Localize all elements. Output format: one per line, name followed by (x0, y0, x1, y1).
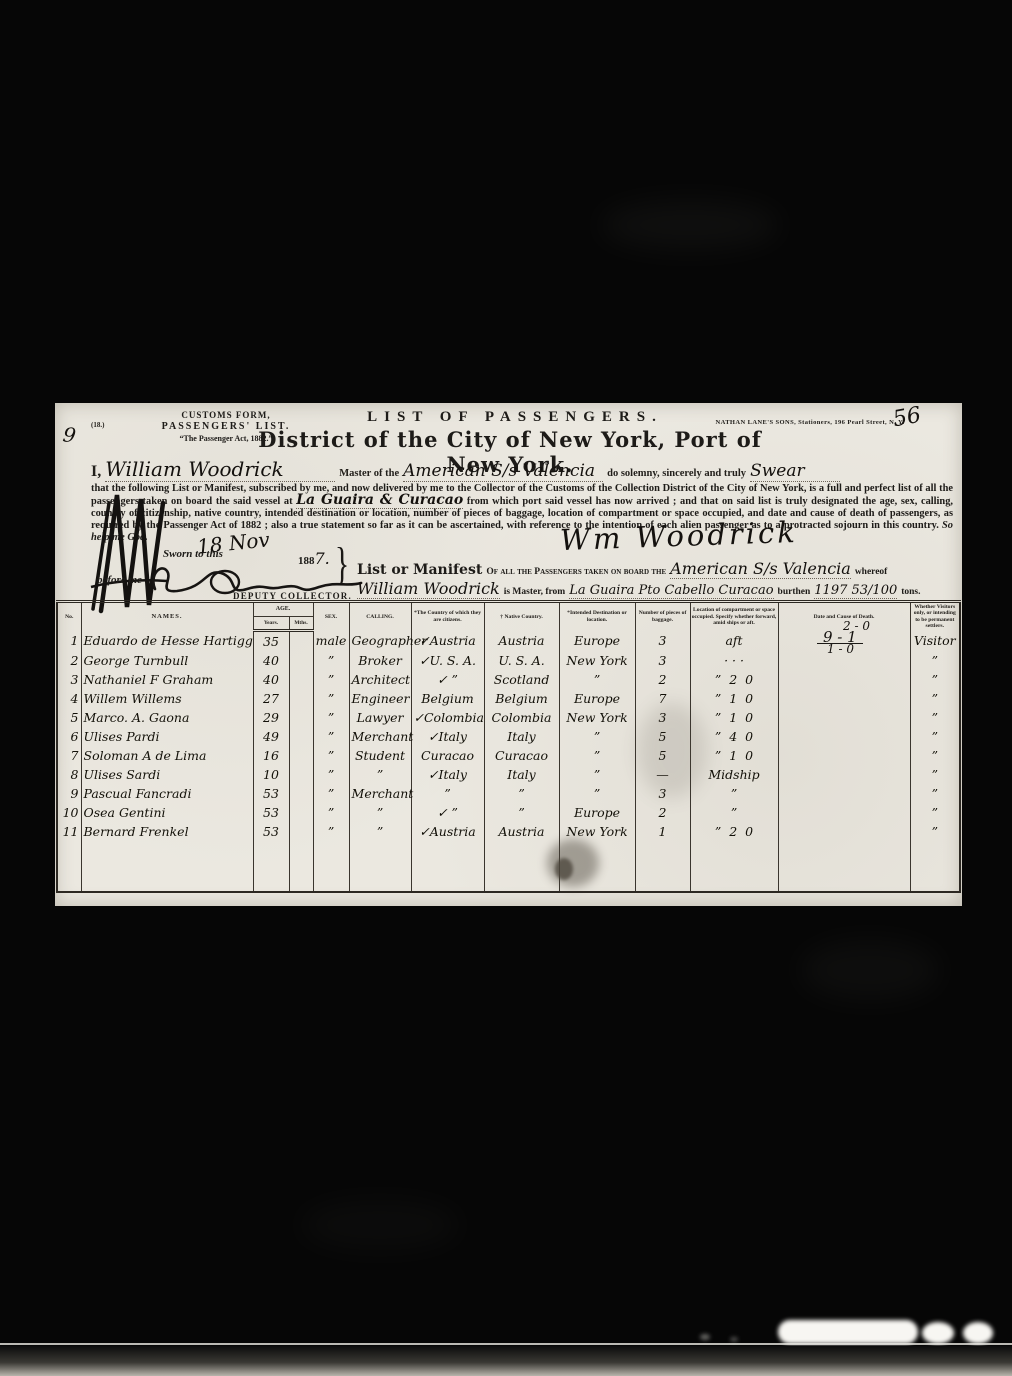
cell-no: 2 (57, 651, 81, 670)
cell-compartment: ” (690, 784, 778, 803)
cell-name: Willem Willems (81, 689, 253, 708)
table-row: 9Pascual Fancradi53”Merchant”””3”” (57, 784, 960, 803)
cell-calling: Broker (349, 651, 411, 670)
table-row: 11Bernard Frenkel53””✓AustriaAustriaNew … (57, 822, 960, 841)
cell-compartment: ” 1 0 (690, 708, 778, 727)
burthen-label: burthen (778, 587, 811, 597)
cell-citizen: Curacao (411, 746, 484, 765)
header-sex: SEX. (313, 602, 349, 631)
cell-years: 27 (253, 689, 289, 708)
cell-destination: Europe (559, 631, 635, 652)
header-age-years: Years. (253, 617, 289, 631)
cell-mths (289, 708, 313, 727)
table-row: 10Osea Gentini53””✓ ””Europe2”” (57, 803, 960, 822)
cell-years: 53 (253, 784, 289, 803)
header-baggage: Number of pieces of baggage. (635, 602, 690, 631)
cell-citizen: ✓Colombia (411, 708, 484, 727)
cell-no: 7 (57, 746, 81, 765)
cell-baggage: 5 (635, 727, 690, 746)
cell-no: 3 (57, 670, 81, 689)
cell-sex: ” (313, 651, 349, 670)
film-noise (800, 940, 940, 1000)
film-edge-strip (0, 1346, 1012, 1376)
customs-form-line: CUSTOMS FORM, (121, 410, 331, 421)
ports-of-departure-handwritten: La Guaira & Curacao (296, 492, 463, 509)
tonnage-handwritten: 1197 53/100 (814, 583, 897, 599)
is-master-from-label: is Master, from (504, 587, 565, 597)
cell-sex: ” (313, 670, 349, 689)
year-handwritten: 7. (315, 549, 330, 568)
film-noise (600, 200, 780, 250)
stationer-imprint: NATHAN LANE'S SONS, Stationers, 196 Pear… (700, 419, 920, 426)
manifest-master-line: William Woodrick is Master, from La Guai… (357, 579, 921, 599)
cell-visitor: ” (910, 746, 960, 765)
cell-baggage: 7 (635, 689, 690, 708)
manifest-master-handwritten: William Woodrick (357, 579, 500, 599)
light-leak-blob (963, 1322, 993, 1344)
cell-compartment: aft (690, 631, 778, 652)
cell-sex: ” (313, 784, 349, 803)
cell-death (778, 822, 910, 841)
swear-lead-label: do solemny, sincerely and truly (607, 468, 746, 479)
cell-death (778, 803, 910, 822)
oath-lead-in: I, (91, 463, 101, 480)
cell-citizen: ✓U. S. A. (411, 651, 484, 670)
cell-native: ” (484, 784, 559, 803)
cell-calling: Merchant (349, 727, 411, 746)
cell-native: Italy (484, 727, 559, 746)
cell-no: 6 (57, 727, 81, 746)
cell-mths (289, 746, 313, 765)
cell-name: Bernard Frenkel (81, 822, 253, 841)
cell-no: 8 (57, 765, 81, 784)
light-leak-speck (730, 1337, 738, 1342)
sworn-year: 1887. (298, 549, 330, 569)
light-leak-speck (700, 1334, 710, 1340)
cell-baggage: 1 (635, 822, 690, 841)
table-row: 7Soloman A de Lima16”StudentCuracaoCurac… (57, 746, 960, 765)
cell-native: Colombia (484, 708, 559, 727)
sworn-brace: } (335, 537, 349, 590)
year-printed: 188 (298, 555, 315, 567)
film-noise (300, 1200, 460, 1250)
passenger-rows: 1Eduardo de Hesse Hartigg35maleGeographe… (57, 631, 960, 893)
cell-sex: ” (313, 803, 349, 822)
tons-label: tons. (901, 587, 920, 597)
cell-visitor: ” (910, 803, 960, 822)
page-title: LIST OF PASSENGERS. (330, 409, 700, 426)
cell-years: 10 (253, 765, 289, 784)
cell-death (778, 689, 910, 708)
cell-visitor: ” (910, 670, 960, 689)
cell-mths (289, 803, 313, 822)
cell-years: 40 (253, 670, 289, 689)
cell-no: 10 (57, 803, 81, 822)
cell-calling: ” (349, 822, 411, 841)
header-age-mths: Mths. (289, 617, 313, 631)
route-handwritten: La Guaira Pto Cabello Curacao (569, 583, 773, 599)
cell-destination: ” (559, 746, 635, 765)
cell-citizen: ✓Italy (411, 727, 484, 746)
cell-visitor: ” (910, 727, 960, 746)
cell-compartment: ” 2 0 (690, 822, 778, 841)
cell-native: Curacao (484, 746, 559, 765)
cell-citizen: Belgium (411, 689, 484, 708)
handwritten-corner-mark: 9 (61, 422, 77, 448)
cell-no: 4 (57, 689, 81, 708)
header-citizen-country: *The Country of which they are citizens. (411, 602, 484, 631)
cell-native: Scotland (484, 670, 559, 689)
cell-sex: ” (313, 765, 349, 784)
cell-visitor: ” (910, 651, 960, 670)
cell-destination: ” (559, 727, 635, 746)
cell-visitor: ” (910, 765, 960, 784)
passenger-manifest-document: 9 (18.) CUSTOMS FORM, PASSENGERS' LIST. … (55, 403, 962, 906)
cell-baggage: 5 (635, 746, 690, 765)
cell-citizen: ” (411, 784, 484, 803)
cell-compartment: · · · (690, 651, 778, 670)
vessel-name-handwritten: American S/s Valencia (403, 461, 603, 482)
cell-years: 40 (253, 651, 289, 670)
cell-death (778, 784, 910, 803)
swear-word-handwritten: Swear (750, 461, 840, 482)
master-name-handwritten: William Woodrick (105, 457, 335, 482)
cell-name: Marco. A. Gaona (81, 708, 253, 727)
cell-death (778, 746, 910, 765)
cell-baggage: 3 (635, 651, 690, 670)
light-leak-blob (922, 1322, 954, 1344)
cell-years: 16 (253, 746, 289, 765)
cell-compartment: ” 1 0 (690, 746, 778, 765)
cell-baggage: — (635, 765, 690, 784)
cell-destination: ” (559, 670, 635, 689)
table-row: 8Ulises Sardi10””✓ItalyItaly”—Midship” (57, 765, 960, 784)
cell-destination: New York (559, 822, 635, 841)
cell-mths (289, 765, 313, 784)
cell-years: 35 (253, 631, 289, 652)
cell-sex: ” (313, 822, 349, 841)
cell-death (778, 765, 910, 784)
cell-native: Austria (484, 822, 559, 841)
cell-name: George Turnbull (81, 651, 253, 670)
cell-native: Austria (484, 631, 559, 652)
header-native-country: † Native Country. (484, 602, 559, 631)
cell-citizen: ✓Italy (411, 765, 484, 784)
cell-name: Osea Gentini (81, 803, 253, 822)
header-compartment: Location of compartment or space occupie… (690, 602, 778, 631)
cell-visitor: ” (910, 708, 960, 727)
sheet-number: 56 (891, 403, 923, 432)
cell-visitor: Visitor (910, 631, 960, 652)
cell-years: 49 (253, 727, 289, 746)
cell-destination: Europe (559, 689, 635, 708)
cell-calling: Merchant (349, 784, 411, 803)
of-all-passengers-label: Of all the Passengers taken on board the (486, 567, 666, 577)
cell-name: Ulises Pardi (81, 727, 253, 746)
header-calling: CALLING. (349, 602, 411, 631)
cell-sex: male (313, 631, 349, 652)
cell-mths (289, 822, 313, 841)
cell-calling: Lawyer (349, 708, 411, 727)
cell-sex: ” (313, 746, 349, 765)
cell-sex: ” (313, 689, 349, 708)
manifest-heading-line: List or Manifest Of all the Passengers t… (357, 559, 887, 579)
light-leak-blob (778, 1320, 918, 1344)
cell-baggage: 2 (635, 803, 690, 822)
cell-no: 11 (57, 822, 81, 841)
cell-calling: ” (349, 803, 411, 822)
header-visitors: Whether Visitors only, or intending to b… (910, 602, 960, 631)
cell-compartment: ” 1 0 (690, 689, 778, 708)
header-destination: *Intended Destination or location. (559, 602, 635, 631)
cell-no: 1 (57, 631, 81, 652)
cell-destination: ” (559, 784, 635, 803)
cell-years: 53 (253, 803, 289, 822)
cell-destination: New York (559, 708, 635, 727)
list-or-manifest-heading: List or Manifest (357, 562, 482, 578)
cell-name: Eduardo de Hesse Hartigg (81, 631, 253, 652)
cell-citizen: ✓ ” (411, 670, 484, 689)
master-signature: Wm Woodrick (559, 515, 798, 557)
table-row: 6Ulises Pardi49”Merchant✓ItalyItaly”5” 4… (57, 727, 960, 746)
death-column-handwritten-note: 2 - 0 9 - 1 1 - 0 (817, 621, 897, 655)
cell-mths (289, 651, 313, 670)
cell-mths (289, 670, 313, 689)
cell-native: ” (484, 803, 559, 822)
cell-destination: New York (559, 651, 635, 670)
cell-no: 5 (57, 708, 81, 727)
cell-native: Belgium (484, 689, 559, 708)
before-me-label: before me (97, 574, 142, 586)
cell-death (778, 670, 910, 689)
table-row: 5Marco. A. Gaona29”Lawyer✓ColombiaColomb… (57, 708, 960, 727)
cell-years: 53 (253, 822, 289, 841)
cell-death (778, 708, 910, 727)
cell-compartment: ” (690, 803, 778, 822)
form-note-number: (18.) (91, 421, 104, 429)
cell-compartment: ” 2 0 (690, 670, 778, 689)
cell-no: 9 (57, 784, 81, 803)
cell-calling: ” (349, 765, 411, 784)
cell-calling: Geographer (349, 631, 411, 652)
header-names: NAMES. (81, 602, 253, 631)
header-age: AGE. (253, 602, 313, 617)
empty-filler-row (57, 841, 960, 892)
cell-name: Soloman A de Lima (81, 746, 253, 765)
cell-baggage: 3 (635, 708, 690, 727)
cell-name: Ulises Sardi (81, 765, 253, 784)
cell-visitor: ” (910, 822, 960, 841)
cell-baggage: 3 (635, 784, 690, 803)
cell-sex: ” (313, 727, 349, 746)
whereof-label: whereof (855, 567, 888, 577)
manifest-vessel-handwritten: American S/s Valencia (670, 559, 851, 579)
cell-calling: Student (349, 746, 411, 765)
cell-mths (289, 631, 313, 652)
cell-mths (289, 784, 313, 803)
cell-baggage: 3 (635, 631, 690, 652)
cell-years: 29 (253, 708, 289, 727)
cell-citizen: ✓Austria (411, 822, 484, 841)
cell-name: Nathaniel F Graham (81, 670, 253, 689)
cell-mths (289, 727, 313, 746)
table-row: 4Willem Willems27”EngineerBelgiumBelgium… (57, 689, 960, 708)
cell-citizen: ✓Austria (411, 631, 484, 652)
cell-visitor: ” (910, 784, 960, 803)
cell-citizen: ✓ ” (411, 803, 484, 822)
table-row: 3Nathaniel F Graham40”Architect✓ ”Scotla… (57, 670, 960, 689)
death-note-line: 1 - 0 (827, 644, 897, 655)
cell-native: U. S. A. (484, 651, 559, 670)
cell-destination: Europe (559, 803, 635, 822)
cell-sex: ” (313, 708, 349, 727)
cell-calling: Architect (349, 670, 411, 689)
scanned-microfilm-frame: 9 (18.) CUSTOMS FORM, PASSENGERS' LIST. … (0, 0, 1012, 1376)
cell-name: Pascual Fancradi (81, 784, 253, 803)
cell-destination: ” (559, 765, 635, 784)
cell-native: Italy (484, 765, 559, 784)
master-of-label: Master of the (339, 468, 399, 479)
header-no: No. (57, 602, 81, 631)
cell-death (778, 727, 910, 746)
cell-mths (289, 689, 313, 708)
cell-visitor: ” (910, 689, 960, 708)
oath-opening-line: I, William Woodrick Master of the Americ… (91, 457, 953, 482)
cell-compartment: Midship (690, 765, 778, 784)
cell-baggage: 2 (635, 670, 690, 689)
cell-compartment: ” 4 0 (690, 727, 778, 746)
cell-calling: Engineer (349, 689, 411, 708)
